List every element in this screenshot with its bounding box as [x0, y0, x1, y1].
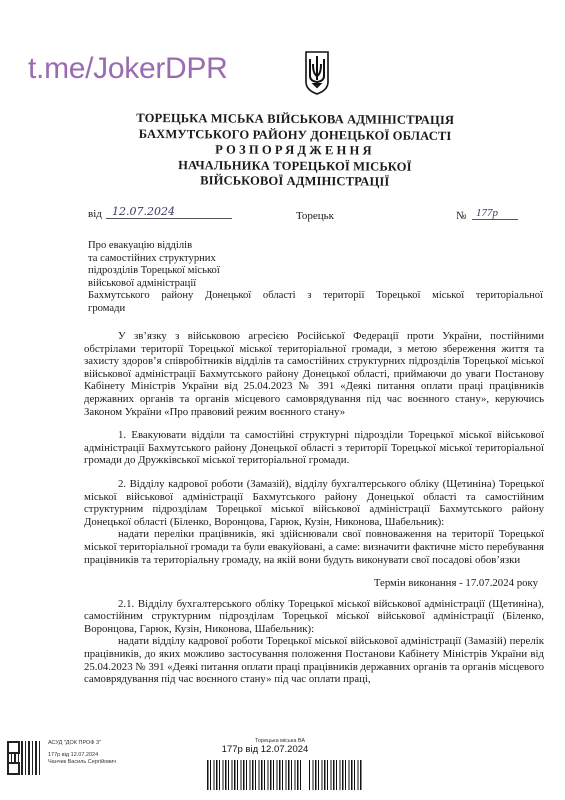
item-2-1-paragraph: 2.1. Відділу бухгалтерського обліку Торе…	[84, 598, 544, 636]
header-line-head: НАЧАЛЬНИКА ТОРЕЦЬКОЇ МІСЬКОЇ	[130, 157, 460, 175]
header-line-region: БАХМУТСЬКОГО РАЙОНУ ДОНЕЦЬКОЇ ОБЛАСТІ	[130, 126, 460, 144]
header-line-org: ТОРЕЦЬКА МІСЬКА ВІЙСЬКОВА АДМІНІСТРАЦІЯ	[130, 111, 460, 129]
trident-coat-of-arms-icon	[304, 50, 330, 96]
number-label: №	[456, 210, 467, 222]
registration-block: АСУД "ДОК ПРОФ 3" 177р від 12.07.2024 Ча…	[48, 740, 116, 767]
item-2-1-task-paragraph: надати відділу кадрової роботи Торецької…	[84, 635, 544, 685]
item-1-paragraph: 1. Евакуювати відділи та самостійні стру…	[84, 429, 544, 467]
item-2-deadline: Термін виконання - 17.07.2024 року	[84, 577, 538, 590]
registration-stamp: Торецька міська ВА 177р від 12.07.2024	[200, 738, 330, 755]
subject-line: підрозділів Торецької міської	[88, 265, 543, 278]
subject-line: громади	[88, 303, 543, 316]
document-header: ТОРЕЦЬКА МІСЬКА ВІЙСЬКОВА АДМІНІСТРАЦІЯ …	[130, 111, 461, 191]
document-meta: від 12.07.2024 Торецьк № 177р	[88, 205, 548, 227]
subject-line: військової адміністрації	[88, 278, 543, 291]
subject-line: та самостійних структурних	[88, 253, 543, 266]
city: Торецьк	[296, 210, 334, 222]
item-2-paragraph: 2. Відділу кадрової роботи (Замазій), ві…	[84, 478, 544, 528]
document-footer: АСУД "ДОК ПРОФ 3" 177р від 12.07.2024 Ча…	[0, 738, 565, 800]
registration-number-small: 177р від 12.07.2024	[48, 752, 116, 760]
stamp-registration-number: 177р від 12.07.2024	[200, 744, 330, 755]
barcode-icon	[207, 760, 362, 790]
document-body: У зв’язку з військовою агресією Російськ…	[84, 330, 544, 686]
document-subject: Про евакуацію відділів та самостійних ст…	[88, 240, 543, 316]
date-label: від	[88, 208, 102, 220]
date-value: 12.07.2024	[106, 205, 232, 219]
system-name: АСУД "ДОК ПРОФ 3"	[48, 740, 116, 748]
header-line-admin: ВІЙСЬКОВОЇ АДМІНІСТРАЦІЇ	[130, 173, 460, 191]
signer-name: Чанчик Василь Сергійович	[48, 759, 116, 767]
item-2-task-paragraph: надати переліки працівників, які здійсню…	[84, 528, 544, 566]
preamble-paragraph: У зв’язку з військовою агресією Російськ…	[84, 330, 544, 418]
subject-line: Про евакуацію відділів	[88, 240, 543, 253]
watermark-text: t.me/JokerDPR	[28, 52, 227, 86]
number-value: 177р	[472, 207, 518, 220]
subject-line: Бахмутського району Донецької області з …	[88, 290, 543, 303]
qr-code-icon	[7, 741, 41, 775]
